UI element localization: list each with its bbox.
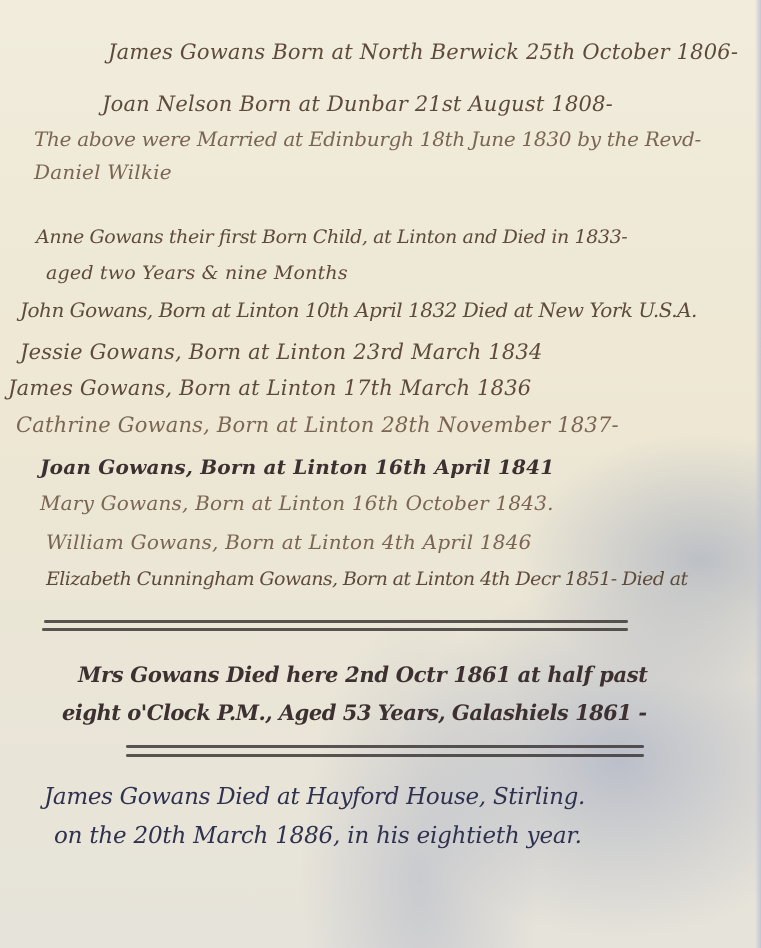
child-entry-anne-line1: Anne Gowans their first Born Child, at L… xyxy=(36,226,627,248)
divider-rule xyxy=(126,745,644,748)
death-notice-mrs-gowans-line2: eight o'Clock P.M., Aged 53 Years, Galas… xyxy=(62,700,647,725)
child-entry-joan: Joan Gowans, Born at Linton 16th April 1… xyxy=(40,455,554,479)
register-page: James Gowans Born at North Berwick 25th … xyxy=(0,0,761,948)
father-birth-entry: James Gowans Born at North Berwick 25th … xyxy=(108,40,738,64)
divider-rule xyxy=(126,754,644,757)
death-notice-james-gowans-line2: on the 20th March 1886, in his eightieth… xyxy=(54,823,582,849)
child-entry-william: William Gowans, Born at Linton 4th April… xyxy=(46,530,532,554)
marriage-entry-line1: The above were Married at Edinburgh 18th… xyxy=(34,127,701,151)
page-edge-shadow xyxy=(755,0,761,948)
death-notice-mrs-gowans-line1: Mrs Gowans Died here 2nd Octr 1861 at ha… xyxy=(78,662,648,687)
child-entry-cathrine: Cathrine Gowans, Born at Linton 28th Nov… xyxy=(16,413,619,437)
child-entry-james: James Gowans, Born at Linton 17th March … xyxy=(8,376,531,400)
divider-rule xyxy=(42,628,628,631)
child-entry-elizabeth: Elizabeth Cunningham Gowans, Born at Lin… xyxy=(46,568,688,590)
death-notice-james-gowans-line1: James Gowans Died at Hayford House, Stir… xyxy=(44,784,585,810)
marriage-entry-line2: Daniel Wilkie xyxy=(34,160,172,184)
child-entry-mary: Mary Gowans, Born at Linton 16th October… xyxy=(40,491,554,515)
mother-birth-entry: Joan Nelson Born at Dunbar 21st August 1… xyxy=(102,92,613,116)
child-entry-jessie: Jessie Gowans, Born at Linton 23rd March… xyxy=(20,340,543,364)
divider-rule xyxy=(44,620,628,623)
child-entry-anne-line2: aged two Years & nine Months xyxy=(46,262,348,284)
child-entry-john: John Gowans, Born at Linton 10th April 1… xyxy=(20,298,697,322)
